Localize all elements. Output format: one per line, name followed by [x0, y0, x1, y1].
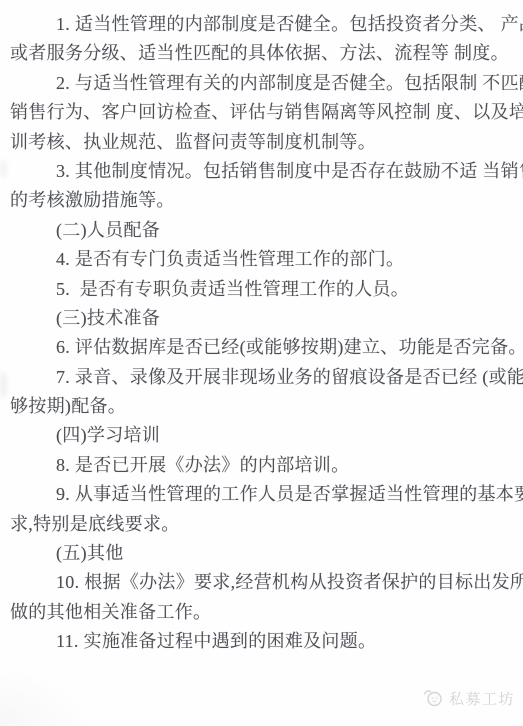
text-line: 销售行为、客户回访检查、评估与销售隔离等风控制 度、以及培: [10, 98, 513, 127]
section-heading-line: (二)人员配备: [10, 216, 513, 245]
scan-corner-shade: [0, 666, 90, 726]
text-line: 做的其他相关准备工作。: [10, 598, 513, 627]
text-line: 6. 评估数据库是否已经(或能够按期)建立、功能是否完备。: [10, 333, 513, 362]
section-heading-line: (三)技术准备: [10, 304, 513, 333]
text-line: 训考核、执业规范、监督问责等制度机制等。: [10, 128, 513, 157]
text-line: 或者服务分级、适当性匹配的具体依据、方法、流程等 制度。: [10, 39, 513, 68]
document-body: 1. 适当性管理的内部制度是否健全。包括投资者分类、 产品或者服务分级、适当性匹…: [10, 10, 513, 657]
document-page: 1. 适当性管理的内部制度是否健全。包括投资者分类、 产品或者服务分级、适当性匹…: [0, 0, 523, 726]
text-line: 7. 录音、录像及开展非现场业务的留痕设备是否已经 (或能: [10, 363, 513, 392]
section-heading-line: (五)其他: [10, 539, 513, 568]
text-line: 8. 是否已开展《办法》的内部培训。: [10, 451, 513, 480]
text-line: 够按期)配备。: [10, 392, 513, 421]
text-line: 10. 根据《办法》要求,经营机构从投资者保护的目标出发所: [10, 568, 513, 597]
text-line: 求,特别是底线要求。: [10, 510, 513, 539]
scan-smudge: [0, 160, 7, 178]
watermark: 私募工坊: [422, 687, 515, 709]
watermark-brand-logo-icon: [422, 687, 444, 709]
text-line: 4. 是否有专门负责适当性管理工作的部门。: [10, 245, 513, 274]
section-heading-line: (四)学习培训: [10, 421, 513, 450]
text-line: 5. 是否有专职负责适当性管理工作的人员。: [10, 275, 513, 304]
watermark-label: 私募工坊: [449, 688, 515, 709]
text-line: 1. 适当性管理的内部制度是否健全。包括投资者分类、 产品: [10, 10, 513, 39]
text-line: 3. 其他制度情况。包括销售制度中是否存在鼓励不适 当销售: [10, 157, 513, 186]
text-line: 2. 与适当性管理有关的内部制度是否健全。包括限制 不匹配: [10, 69, 513, 98]
text-line: 11. 实施准备过程中遇到的困难及问题。: [10, 627, 513, 656]
text-line: 9. 从事适当性管理的工作人员是否掌握适当性管理的基本要: [10, 480, 513, 509]
scan-smudge: [0, 372, 7, 398]
text-line: 的考核激励措施等。: [10, 186, 513, 215]
